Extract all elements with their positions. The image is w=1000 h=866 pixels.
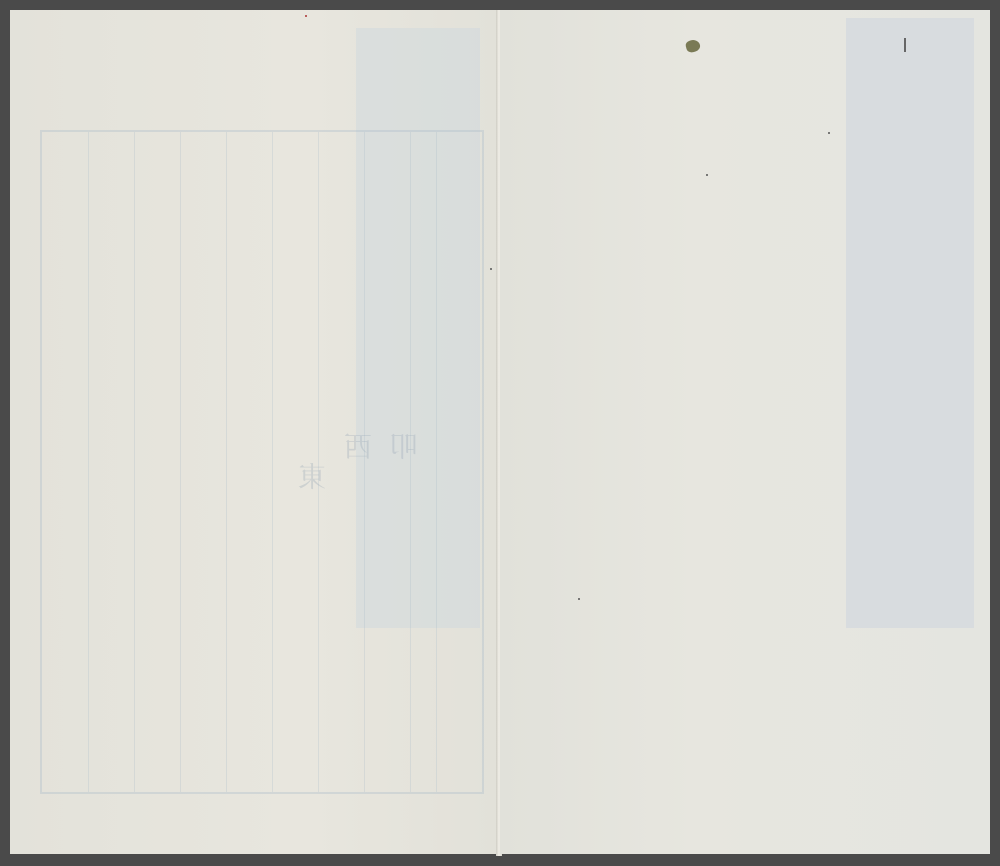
speck: [828, 132, 830, 134]
column-rule: [134, 132, 135, 792]
speck: [490, 268, 492, 270]
column-rule: [180, 132, 181, 792]
column-rule: [226, 132, 227, 792]
left-page: 叩 西 東: [10, 10, 498, 854]
column-rule: [436, 132, 437, 792]
right-page: [500, 10, 990, 854]
speck: [706, 174, 708, 176]
column-rule: [88, 132, 89, 792]
ghost-text-column: 東: [300, 462, 328, 496]
ghost-text-column: 西: [346, 432, 374, 466]
speck: [578, 598, 580, 600]
speck: [305, 15, 307, 17]
text-frame: 叩 西 東: [40, 130, 484, 794]
pale-panel: [846, 18, 974, 628]
column-rule: [272, 132, 273, 792]
ink-mark: [904, 38, 906, 52]
ghost-text-column: 叩: [392, 432, 420, 466]
